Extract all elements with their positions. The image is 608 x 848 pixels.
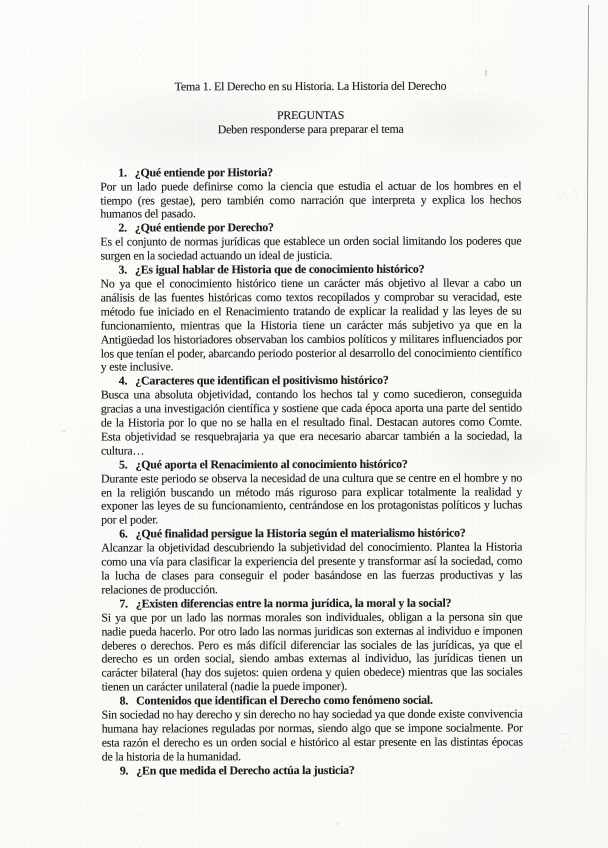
- scan-dash-left-margin: [61, 430, 66, 432]
- question-number: 3.: [118, 263, 127, 277]
- preparation-note: Deben responderse para preparar el tema: [100, 122, 521, 137]
- document-body: Tema 1. El Derecho en su Historia. La Hi…: [100, 79, 523, 778]
- question-item: 1.¿Qué entiende por Historia? Por un lad…: [100, 165, 521, 222]
- question-text: ¿Qué entiende por Derecho?: [135, 220, 274, 234]
- questions-list: 1.¿Qué entiende por Historia? Por un lad…: [100, 165, 523, 778]
- question-item: 3.¿Es igual hablar de Historia que de co…: [100, 263, 521, 375]
- question-number: 7.: [119, 596, 128, 610]
- question-item: 6.¿Qué finalidad persigue la Historia se…: [101, 527, 522, 598]
- question-text: Contenidos que identifican el Derecho co…: [136, 693, 433, 708]
- answer-text: Durante este periodo se observa la neces…: [101, 471, 522, 528]
- answer-text: Alcanzar la objetividad descubriendo la …: [101, 541, 522, 598]
- question-item: 2.¿Qué entiende por Derecho? Es el conju…: [100, 221, 521, 264]
- scan-smudge-right-lower: ·‐‐·‚ ·‚·· ·‐·: [558, 730, 570, 754]
- scan-dot-bottom: [335, 823, 338, 825]
- answer-text: Es el conjunto de normas jurídicas que e…: [100, 235, 521, 264]
- question-text: ¿Qué finalidad persigue la Historia segú…: [136, 526, 466, 541]
- answer-text: Si ya que por un lado las normas morales…: [101, 610, 522, 695]
- scan-edge-streak: [584, 5, 589, 793]
- question-item: 5.¿Qué aporta el Renacimiento al conocim…: [101, 457, 522, 528]
- question-text: ¿Qué aporta el Renacimiento al conocimie…: [135, 456, 407, 471]
- scanned-document-page: Tema 1. El Derecho en su Historia. La Hi…: [0, 0, 608, 848]
- answer-text: Sin sociedad no hay derecho y sin derech…: [102, 708, 523, 765]
- scan-smudge-right-upper: ~·,·'‐· ·‚·‐ ·,·: [554, 186, 582, 209]
- answer-text: Busca una absoluta objetividad, contando…: [101, 388, 522, 459]
- question-item: 9.¿En que medida el Derecho actúa la jus…: [102, 763, 523, 778]
- question-text: ¿Existen diferencias entre la norma jurí…: [136, 595, 451, 610]
- question-text: ¿En que medida el Derecho actúa la justi…: [136, 763, 354, 778]
- question-number: 1.: [118, 165, 127, 179]
- question-number: 4.: [119, 374, 128, 388]
- question-item: 4.¿Caracteres que identifican el positiv…: [101, 374, 522, 459]
- question-text: ¿Qué entiende por Historia?: [135, 165, 273, 179]
- question-number: 9.: [120, 763, 129, 777]
- question-number: 8.: [120, 694, 129, 708]
- document-title: Tema 1. El Derecho en su Historia. La Hi…: [100, 79, 521, 94]
- question-number: 6.: [119, 527, 128, 541]
- answer-text: Por un lado puede definirse como la cien…: [100, 179, 521, 222]
- question-number: 5.: [119, 457, 128, 471]
- question-text: ¿Caracteres que identifican el positivis…: [135, 373, 388, 388]
- question-text: ¿Es igual hablar de Historia que de cono…: [135, 262, 424, 277]
- scan-tick-top-right: [485, 70, 487, 76]
- question-number: 2.: [118, 221, 127, 235]
- question-heading: 9.¿En que medida el Derecho actúa la jus…: [102, 763, 523, 778]
- answer-text: No ya que el conocimiento histórico tien…: [101, 276, 522, 374]
- question-item: 7.¿Existen diferencias entre la norma ju…: [101, 596, 522, 694]
- question-item: 8.Contenidos que identifican el Derecho …: [102, 694, 523, 765]
